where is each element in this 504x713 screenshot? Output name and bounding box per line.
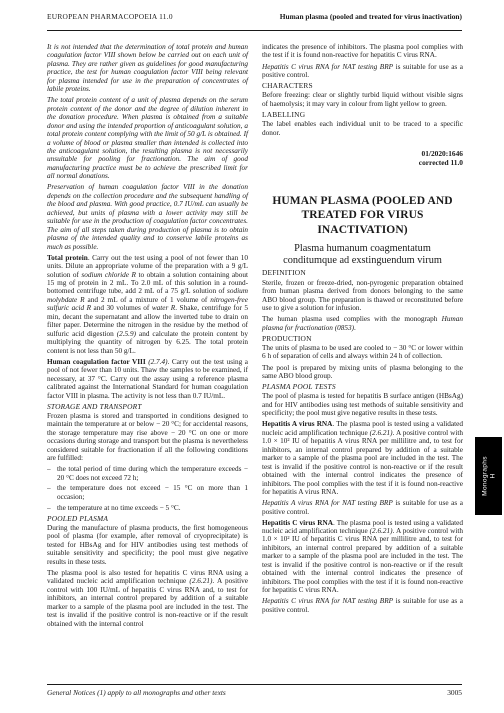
text-run: . A positive control with 1.0 × 10² IU o… xyxy=(262,429,463,496)
list-item-text: the total period of time during which th… xyxy=(57,465,248,481)
text-run: POOLED PLASMA xyxy=(47,514,108,523)
running-header: EUROPEAN PHARMACOPOEIA 11.0 Human plasma… xyxy=(47,12,462,21)
section-index-tab-letter: H xyxy=(489,473,497,478)
paragraph: Hepatitis C virus RNA for NAT testing BR… xyxy=(262,597,463,614)
page-number: 3005 xyxy=(447,688,462,697)
list-item: –the temperature at no time exceeds − 5 … xyxy=(47,504,248,512)
paragraph: indicates the presence of inhibitors. Th… xyxy=(262,43,463,60)
paragraph: The plasma pool is also tested for hepat… xyxy=(47,569,248,628)
paragraph: The pool is prepared by mixing units of … xyxy=(262,364,463,381)
text-run: Hepatitis A virus RNA xyxy=(262,420,332,428)
text-run: Hepatitis C virus RNA xyxy=(262,519,333,527)
text-run: the temperature at no time exceeds − 5 °… xyxy=(57,504,181,512)
journal-title: EUROPEAN PHARMACOPOEIA 11.0 xyxy=(47,12,173,21)
latin-title-line2: conditumque ad exstinguendum virum xyxy=(262,255,463,267)
text-run: The human plasma used complies with the … xyxy=(262,315,442,323)
paragraph: Hepatitis A virus RNA for NAT testing BR… xyxy=(262,499,463,516)
section-index-tab: Monographs H xyxy=(475,437,502,515)
text-run: sodium chloride R xyxy=(81,271,136,279)
paragraph: Total protein. Carry out the test using … xyxy=(47,254,248,355)
text-run: Total protein xyxy=(47,254,88,262)
text-run: DEFINITION xyxy=(262,268,306,277)
right-column-top: indicates the presence of inhibitors. Th… xyxy=(262,43,463,137)
text-run: Human coagulation factor VIII xyxy=(47,358,146,366)
bullet-dash-icon: – xyxy=(47,484,51,492)
monograph-title-line1: HUMAN PLASMA (POOLED AND xyxy=(262,194,463,209)
section-index-tab-label: Monographs xyxy=(481,456,489,496)
left-column: It is not intended that the determinatio… xyxy=(47,43,248,679)
section-heading: DEFINITION xyxy=(262,269,463,277)
list-item-text: the temperature does not exceed − 15 °C … xyxy=(57,484,248,500)
right-column-bottom: DEFINITIONSterile, frozen or freeze-drie… xyxy=(262,269,463,614)
monograph-reference: 01/2020:1646 corrected 11.0 xyxy=(262,150,463,168)
text-run: Hepatitis A virus RNA for NAT testing BR… xyxy=(262,499,393,507)
paragraph: Sterile, frozen or freeze-dried, non-pyr… xyxy=(262,279,463,313)
text-run: The label enables each individual unit t… xyxy=(262,120,463,136)
text-run: PRODUCTION xyxy=(262,334,312,343)
paragraph: Hepatitis A virus RNA. The plasma pool i… xyxy=(262,420,463,496)
text-run: indicates the presence of inhibitors. Th… xyxy=(262,43,463,59)
monograph-running-title: Human plasma (pooled and treated for vir… xyxy=(280,12,462,21)
list-item-text: the temperature at no time exceeds − 5 °… xyxy=(57,504,181,512)
text-run: Sterile, frozen or freeze-dried, non-pyr… xyxy=(262,279,463,312)
text-run: Hepatitis C virus RNA for NAT testing BR… xyxy=(262,63,393,71)
text-run: (2.5.9) xyxy=(117,330,136,338)
document-page: EUROPEAN PHARMACOPOEIA 11.0 Human plasma… xyxy=(0,0,504,713)
text-run: STORAGE AND TRANSPORT xyxy=(47,402,142,411)
reference-correction: corrected 11.0 xyxy=(262,159,463,168)
text-run: . A positive control with 100 IU/mL of h… xyxy=(47,577,248,627)
section-heading: PLASMA POOL TESTS xyxy=(262,383,463,391)
paragraph: Frozen plasma is stored and transported … xyxy=(47,412,248,463)
paragraph: During the manufacture of plasma product… xyxy=(47,524,248,566)
paragraph: The total protein content of a unit of p… xyxy=(47,96,248,181)
page-footer: General Notices (1) apply to all monogra… xyxy=(47,688,462,697)
text-run: PLASMA POOL TESTS xyxy=(262,382,336,391)
text-run: . xyxy=(354,324,356,332)
footer-rule xyxy=(47,684,462,685)
right-column: indicates the presence of inhibitors. Th… xyxy=(262,43,463,679)
paragraph: Hepatitis C virus RNA. The plasma pool i… xyxy=(262,519,463,595)
text-run: LABELLING xyxy=(262,110,305,119)
text-run: (2.6.21) xyxy=(370,527,393,535)
section-heading: POOLED PLASMA xyxy=(47,515,248,523)
text-run: water R xyxy=(152,304,175,312)
paragraph: It is not intended that the determinatio… xyxy=(47,43,248,94)
section-index-tab-text: Monographs H xyxy=(475,437,502,515)
paragraph: The label enables each individual unit t… xyxy=(262,120,463,137)
bullet-dash-icon: – xyxy=(47,504,51,512)
text-run: The total protein content of a unit of p… xyxy=(47,96,248,180)
list-item: –the total period of time during which t… xyxy=(47,465,248,482)
paragraph: The units of plasma to be used are coole… xyxy=(262,344,463,361)
monograph-title: HUMAN PLASMA (POOLED AND TREATED FOR VIR… xyxy=(262,194,463,238)
text-run: and 30 volumes of xyxy=(91,304,152,312)
text-run: (2.6.21) xyxy=(189,577,212,585)
text-run: Before freezing: clear or slightly turbi… xyxy=(262,91,463,107)
monograph-title-line2: TREATED FOR VIRUS INACTIVATION) xyxy=(262,208,463,237)
latin-title: Plasma humanum coagmentatum conditumque … xyxy=(262,243,463,266)
text-run: Frozen plasma is stored and transported … xyxy=(47,412,248,462)
text-run: . A positive control with 1.0 × 10² IU o… xyxy=(262,527,463,594)
list-item: –the temperature does not exceed − 15 °C… xyxy=(47,484,248,501)
paragraph: The pool of plasma is tested for hepatit… xyxy=(262,392,463,417)
text-run: the total period of time during which th… xyxy=(57,465,248,481)
text-run: Preservation of human coagulation factor… xyxy=(47,183,248,250)
text-run: The units of plasma to be used are coole… xyxy=(262,344,463,360)
paragraph: Hepatitis C virus RNA for NAT testing BR… xyxy=(262,63,463,80)
general-notices-text: General Notices (1) apply to all monogra… xyxy=(47,688,226,697)
section-heading: CHARACTERS xyxy=(262,82,463,90)
paragraph: The human plasma used complies with the … xyxy=(262,315,463,332)
text-run: and 2 mL of a mixture of 1 volume of xyxy=(85,296,211,304)
text-run: (2.6.21) xyxy=(370,429,393,437)
text-run: the temperature does not exceed − 15 °C … xyxy=(57,484,248,500)
bullet-dash-icon: – xyxy=(47,465,51,473)
text-run: The pool is prepared by mixing units of … xyxy=(262,364,463,380)
section-heading: LABELLING xyxy=(262,111,463,119)
text-run: During the manufacture of plasma product… xyxy=(47,524,248,566)
text-run: Hepatitis C virus RNA for NAT testing BR… xyxy=(262,597,393,605)
text-run: (2.7.4) xyxy=(148,358,167,366)
paragraph: Human coagulation factor VIII (2.7.4). C… xyxy=(47,358,248,400)
text-run: It is not intended that the determinatio… xyxy=(47,43,248,93)
header-rule xyxy=(47,30,462,31)
section-heading: STORAGE AND TRANSPORT xyxy=(47,403,248,411)
two-column-body: It is not intended that the determinatio… xyxy=(47,43,463,679)
paragraph: Before freezing: clear or slightly turbi… xyxy=(262,91,463,108)
text-run: The pool of plasma is tested for hepatit… xyxy=(262,392,463,417)
latin-title-line1: Plasma humanum coagmentatum xyxy=(262,243,463,255)
section-heading: PRODUCTION xyxy=(262,335,463,343)
text-run: CHARACTERS xyxy=(262,81,313,90)
paragraph: Preservation of human coagulation factor… xyxy=(47,183,248,251)
